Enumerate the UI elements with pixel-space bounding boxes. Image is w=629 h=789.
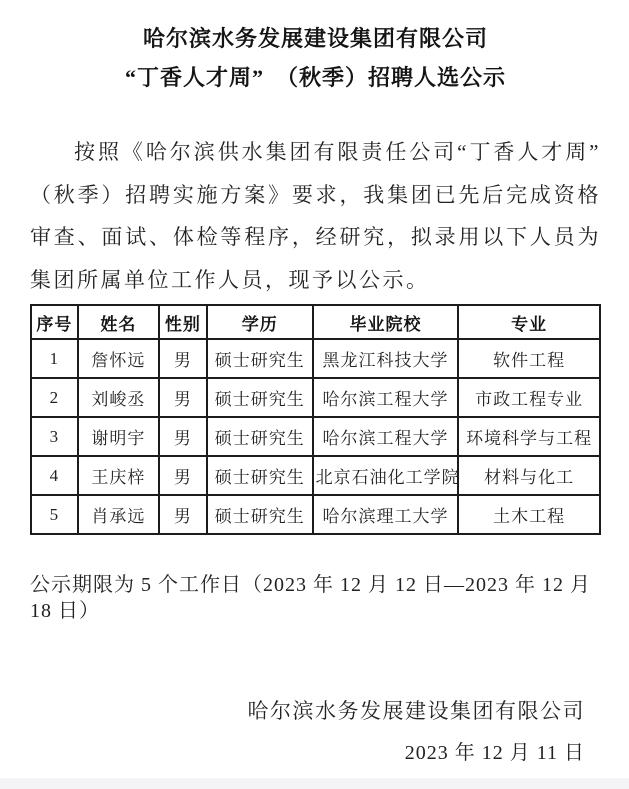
table-cell: 哈尔滨工程大学 (313, 417, 459, 456)
table-cell: 硕士研究生 (207, 456, 313, 495)
table-cell: 土木工程 (458, 495, 600, 534)
table-row: 1詹怀远男硕士研究生黑龙江科技大学软件工程 (31, 339, 600, 378)
table-cell: 男 (159, 495, 207, 534)
table-cell: 1 (31, 339, 78, 378)
table-cell: 哈尔滨理工大学 (313, 495, 459, 534)
table-cell: 4 (31, 456, 78, 495)
document-title-line2: “丁香人才周” （秋季）招聘人选公示 (30, 65, 601, 91)
table-header-cell: 性别 (159, 305, 207, 339)
table-cell: 5 (31, 495, 78, 534)
table-cell: 男 (159, 417, 207, 456)
table-cell: 软件工程 (458, 339, 600, 378)
table-row: 3谢明宇男硕士研究生哈尔滨工程大学环境科学与工程 (31, 417, 600, 456)
table-cell: 男 (159, 378, 207, 417)
table-cell: 北京石油化工学院 (313, 456, 459, 495)
table-header-cell: 毕业院校 (313, 305, 459, 339)
table-cell: 硕士研究生 (207, 495, 313, 534)
table-cell: 材料与化工 (458, 456, 600, 495)
table-cell: 2 (31, 378, 78, 417)
candidates-table: 序号姓名性别学历毕业院校专业 1詹怀远男硕士研究生黑龙江科技大学软件工程2刘峻丞… (30, 304, 601, 535)
table-row: 4王庆梓男硕士研究生北京石油化工学院材料与化工 (31, 456, 600, 495)
bottom-strip (0, 778, 629, 789)
table-cell: 硕士研究生 (207, 339, 313, 378)
notice-period: 公示期限为 5 个工作日（2023 年 12 月 12 日—2023 年 12 … (30, 572, 601, 624)
table-cell: 刘峻丞 (78, 378, 159, 417)
table-cell: 硕士研究生 (207, 378, 313, 417)
table-cell: 肖承远 (78, 495, 159, 534)
table-cell: 硕士研究生 (207, 417, 313, 456)
footer-company: 哈尔滨水务发展建设集团有限公司 (30, 698, 585, 724)
footer-date: 2023 年 12 月 11 日 (30, 740, 585, 766)
table-cell: 环境科学与工程 (458, 417, 600, 456)
table-header-row: 序号姓名性别学历毕业院校专业 (31, 305, 600, 339)
table-cell: 男 (159, 339, 207, 378)
table-cell: 市政工程专业 (458, 378, 600, 417)
table-cell: 男 (159, 456, 207, 495)
table-header-cell: 学历 (207, 305, 313, 339)
footer: 哈尔滨水务发展建设集团有限公司 2023 年 12 月 11 日 (30, 698, 585, 766)
document-page: 哈尔滨水务发展建设集团有限公司 “丁香人才周” （秋季）招聘人选公示 按照《哈尔… (0, 0, 629, 789)
document-title-line1: 哈尔滨水务发展建设集团有限公司 (30, 26, 601, 52)
table-cell: 3 (31, 417, 78, 456)
table-cell: 詹怀远 (78, 339, 159, 378)
body-paragraph: 按照《哈尔滨供水集团有限责任公司“丁香人才周”（秋季）招聘实施方案》要求，我集团… (30, 131, 601, 301)
table-cell: 谢明宇 (78, 417, 159, 456)
table-row: 2刘峻丞男硕士研究生哈尔滨工程大学市政工程专业 (31, 378, 600, 417)
table-row: 5肖承远男硕士研究生哈尔滨理工大学土木工程 (31, 495, 600, 534)
table-cell: 哈尔滨工程大学 (313, 378, 459, 417)
table-header-cell: 姓名 (78, 305, 159, 339)
table-cell: 王庆梓 (78, 456, 159, 495)
table-cell: 黑龙江科技大学 (313, 339, 459, 378)
table-header-cell: 专业 (458, 305, 600, 339)
table-header-cell: 序号 (31, 305, 78, 339)
